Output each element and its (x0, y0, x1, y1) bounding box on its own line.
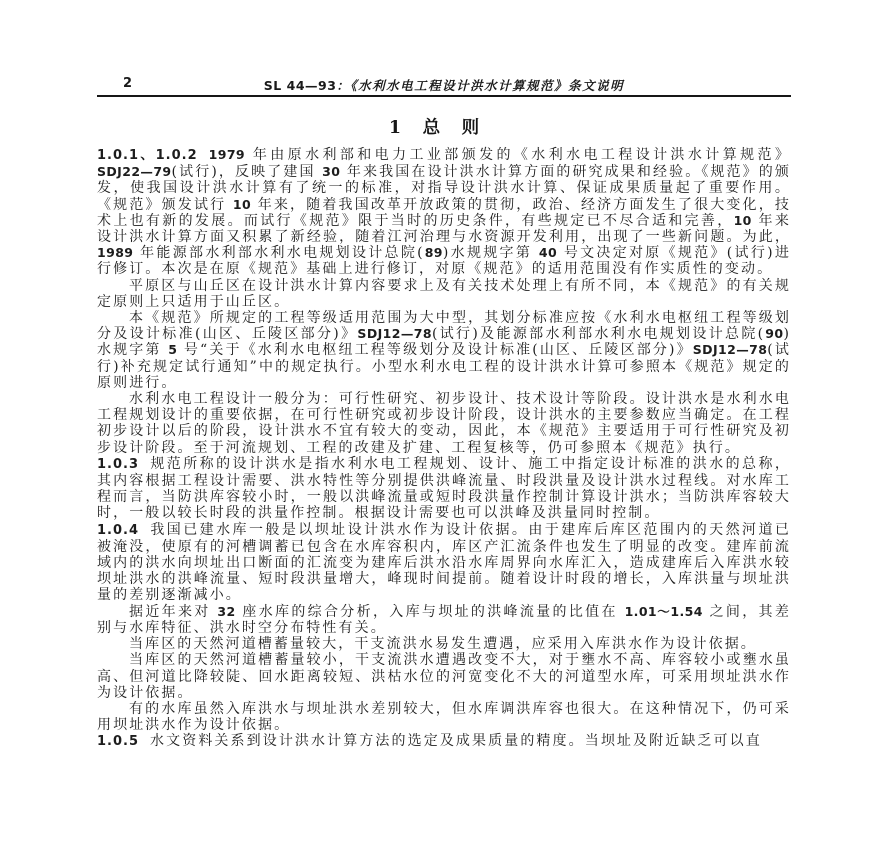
header-title: SL 44—93：《水利水电工程设计洪水计算规范》条文说明 (97, 76, 791, 94)
paragraph: 当库区的天然河道槽蓄量较小，干支流洪水遭遇改变不大，对于壅水不高、库容较小或壅水… (97, 652, 791, 701)
clause-number: 1.0.5 (97, 734, 139, 749)
inline-number: 90 (765, 326, 783, 341)
inline-number: SDJ22—79 (97, 164, 172, 179)
paragraph: 1.0.4我国已建水库一般是以坝址设计洪水作为设计依据。由于建库后库区范围内的天… (97, 522, 791, 604)
inline-number: 1979 (209, 147, 245, 162)
section-title: 1 总 则 (0, 114, 870, 139)
paragraph: 1.0.3规范所称的设计洪水是指水利水电工程规划、设计、施工中指定设计标准的洪水… (97, 456, 791, 522)
inline-number: 30 (322, 164, 340, 179)
paragraph: 据近年来对 32 座水库的综合分析，入库与坝址的洪峰流量的比值在 1.01～1.… (97, 604, 791, 636)
inline-number: 10 (233, 197, 251, 212)
clause-number: 1.0.1、1.0.2 (97, 148, 198, 163)
paragraph: 当库区的天然河道槽蓄量较大，干支流洪水易发生遭遇，应采用入库洪水作为设计依据。 (97, 636, 791, 652)
paragraph: 1.0.5水文资料关系到设计洪水计算方法的选定及成果质量的精度。当坝址及附近缺乏… (97, 733, 791, 750)
paragraph: 平原区与山丘区在设计洪水计算内容要求上及有关技术处理上有所不同，本《规范》的有关… (97, 278, 791, 310)
inline-number: 5 (168, 342, 177, 357)
running-header: 2 SL 44—93：《水利水电工程设计洪水计算规范》条文说明 (97, 76, 791, 94)
clause-number: 1.0.3 (97, 457, 139, 472)
header-standard-name: ：《水利水电工程设计洪水计算规范》条文说明 (336, 78, 624, 93)
paragraph: 水利水电工程设计一般分为：可行性研究、初步设计、技术设计等阶段。设计洪水是水利水… (97, 391, 791, 456)
document-body: 1.0.1、1.0.21979 年由原水利部和电力工业部颁发的《水利水电工程设计… (97, 147, 791, 751)
inline-number: SDJ12—78 (693, 342, 768, 357)
paragraph: 本《规范》所规定的工程等级适用范围为大中型，其划分标准应按《水利水电枢纽工程等级… (97, 310, 791, 391)
inline-number: 40 (539, 245, 557, 260)
inline-number: 89 (425, 245, 443, 260)
header-standard-code: SL 44—93 (264, 78, 337, 93)
inline-number: 32 (217, 604, 235, 619)
paragraph: 有的水库虽然入库洪水与坝址洪水差别较大，但水库调洪库容也很大。在这种情况下，仍可… (97, 701, 791, 733)
inline-number: 10 (734, 213, 752, 228)
clause-number: 1.0.4 (97, 523, 139, 538)
inline-number: 1989 (97, 245, 133, 260)
inline-number: 1.01～1.54 (625, 604, 703, 619)
paragraph: 1.0.1、1.0.21979 年由原水利部和电力工业部颁发的《水利水电工程设计… (97, 147, 791, 278)
header-rule (97, 95, 791, 97)
inline-number: SDJ12—78 (357, 326, 432, 341)
document-page: 2 SL 44—93：《水利水电工程设计洪水计算规范》条文说明 1 总 则 1.… (0, 0, 870, 842)
